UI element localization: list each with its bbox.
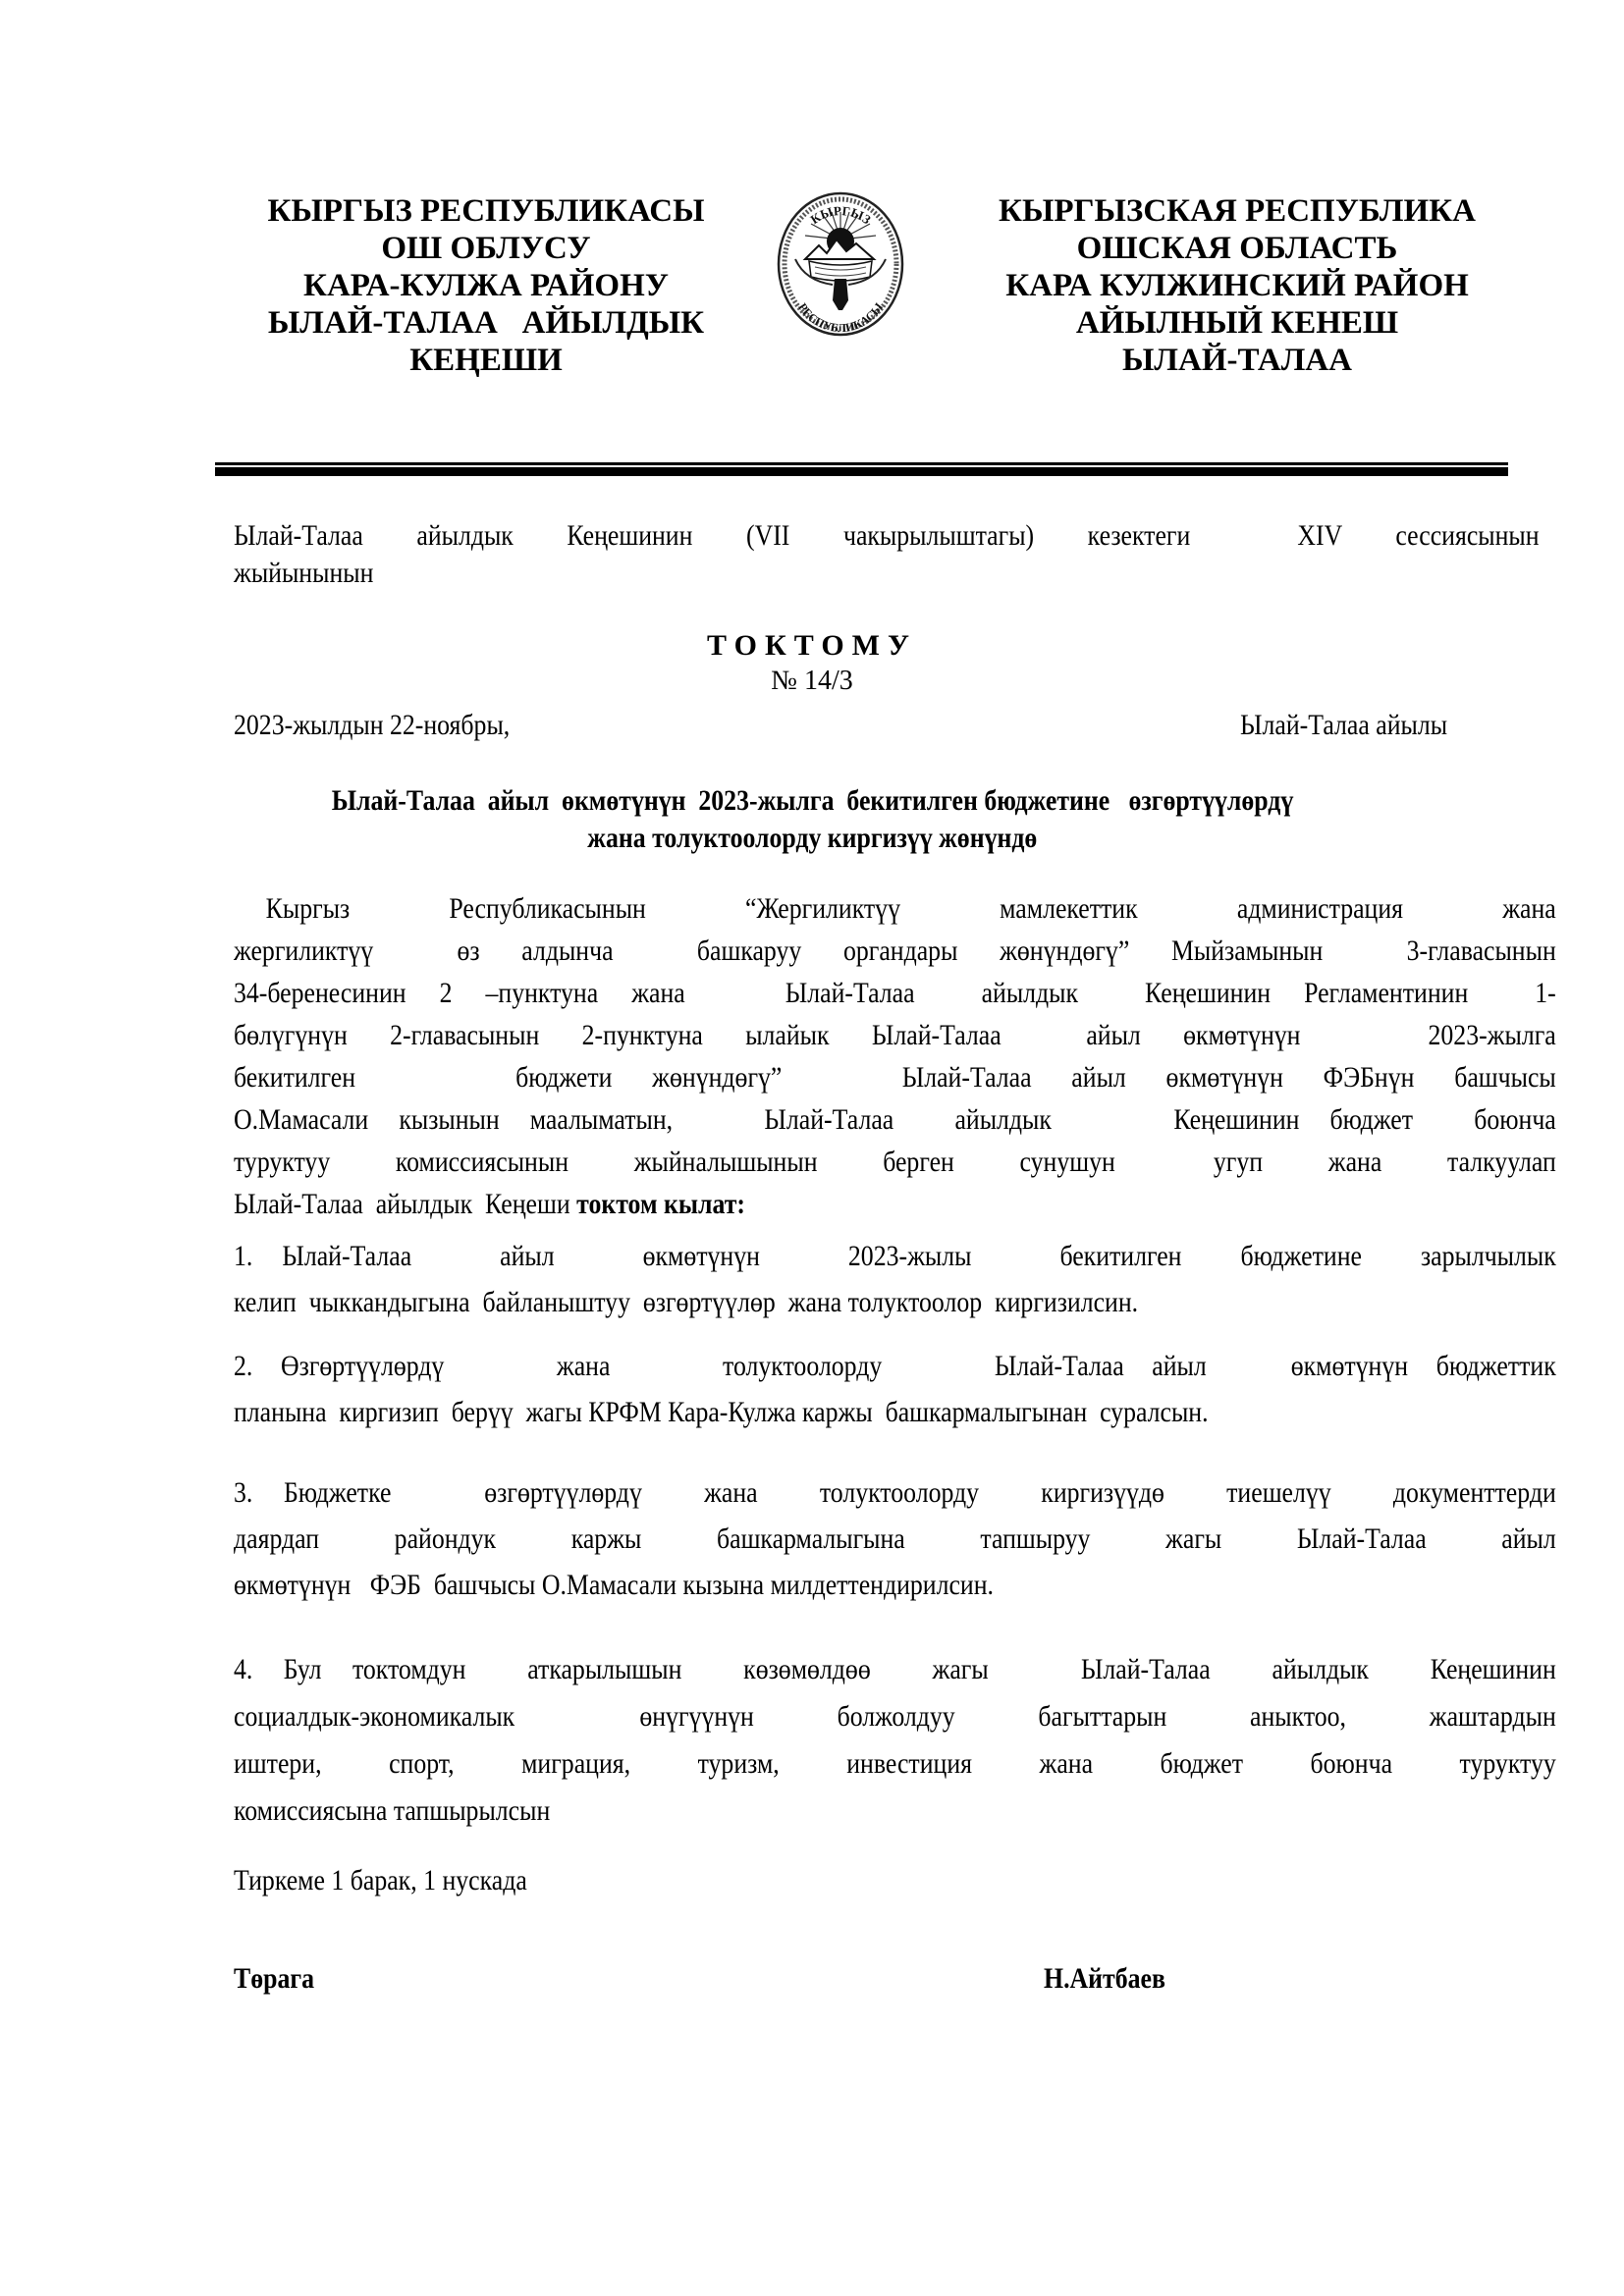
header-divider-thin xyxy=(215,462,1508,465)
item-line: иштери, спорт, миграция, туризм, инвести… xyxy=(234,1740,1556,1788)
item-line: 1. Ылай-Талаа айыл өкмөтүнүн 2023-жылы б… xyxy=(234,1233,1556,1279)
header-line: КАРА КУЛЖИНСКИЙ РАЙОН xyxy=(943,267,1532,304)
preamble-line: О.Мамасали кызынын маалыматын, Ылай-Тала… xyxy=(234,1098,1556,1141)
header-line: ОШ ОБЛУСУ xyxy=(226,230,746,267)
preamble-line: бекитилген бюджети жөнүндөгү” Ылай-Талаа… xyxy=(234,1056,1556,1098)
session-line: Ылай-Талаа айылдык Кеңешинин (VII чакыры… xyxy=(234,517,1540,555)
header-line: ЫЛАЙ-ТАЛАА АЙЫЛДЫК xyxy=(226,304,746,342)
resolution-item-1: 1. Ылай-Талаа айыл өкмөтүнүн 2023-жылы б… xyxy=(234,1233,1556,1325)
preamble-text: Ылай-Талаа айылдык Кеңеши xyxy=(234,1188,576,1220)
resolution-item-4: 4. Бул токтомдун аткарылышын көзөмөлдөө … xyxy=(234,1646,1556,1835)
document-subject: Ылай-Талаа айыл өкмөтүнүн 2023-жылга бек… xyxy=(0,782,1624,857)
state-emblem-icon: КЫРГЫЗ РЕСПУБЛИКАСЫ xyxy=(776,190,905,338)
item-line: социалдык-экономикалык өнүгүүнүн болжолд… xyxy=(234,1693,1556,1740)
item-line: даярдап райондук каржы башкармалыгына та… xyxy=(234,1516,1556,1562)
item-line: 2. Өзгөртүүлөрдү жана толуктоолорду Ылай… xyxy=(234,1343,1556,1389)
subject-line: Ылай-Талаа айыл өкмөтүнүн 2023-жылга бек… xyxy=(331,782,1293,820)
header-russian: КЫРГЫЗСКАЯ РЕСПУБЛИКА ОШСКАЯ ОБЛАСТЬ КАР… xyxy=(943,192,1532,379)
preamble-last-line: Ылай-Талаа айылдык Кеңеши токтом кылат: xyxy=(234,1183,1556,1225)
item-line: комиссиясына тапшырылсын xyxy=(234,1788,1556,1835)
item-line: өкмөтүнүн ФЭБ башчысы О.Мамасали кызына … xyxy=(234,1562,1556,1608)
item-line: 4. Бул токтомдун аткарылышын көзөмөлдөө … xyxy=(234,1646,1556,1693)
item-line: 3. Бюджетке өзгөртүүлөрдү жана толуктоол… xyxy=(234,1469,1556,1516)
preamble-line: жергиликтүү өз алдынча башкаруу органдар… xyxy=(234,930,1556,972)
resolution-item-2: 2. Өзгөртүүлөрдү жана толуктоолорду Ылай… xyxy=(234,1343,1556,1435)
header-line: КЫРГЫЗ РЕСПУБЛИКАСЫ xyxy=(226,192,746,230)
subject-line: жана толуктоолорду киргизүү жөнүндө xyxy=(587,820,1037,857)
attachment-text: Тиркеме 1 барак, 1 нускада xyxy=(234,1859,1556,1901)
session-statement: Ылай-Талаа айылдык Кеңешинин (VII чакыры… xyxy=(234,517,1540,592)
header-line: КАРА-КУЛЖА РАЙОНУ xyxy=(226,267,746,304)
header-line: КЫРГЫЗСКАЯ РЕСПУБЛИКА xyxy=(943,192,1532,230)
resolution-title: ТОКТОМУ № 14/3 xyxy=(0,628,1624,699)
header-line: ЫЛАЙ-ТАЛАА xyxy=(943,342,1532,379)
document-number: № 14/3 xyxy=(0,664,1624,699)
item-line: планына киргизип берүү жагы КРФМ Кара-Ку… xyxy=(234,1389,1556,1435)
document-date: 2023-жылдын 22-ноябры, xyxy=(234,709,510,742)
header-line: КЕҢЕШИ xyxy=(226,342,746,379)
signatory-role: Төрага xyxy=(234,1962,314,1996)
document-heading: ТОКТОМУ xyxy=(0,628,1624,664)
preamble-line: 34-беренесинин 2 –пунктуна жана Ылай-Тал… xyxy=(234,972,1556,1014)
resolves-keyword: токтом кылат: xyxy=(576,1188,745,1220)
preamble-line: Кыргыз Республикасынын “Жергиликтүү мамл… xyxy=(234,887,1556,930)
resolution-item-3: 3. Бюджетке өзгөртүүлөрдү жана толуктоол… xyxy=(234,1469,1556,1608)
session-line: жыйынынын xyxy=(234,555,1540,592)
header-line: АЙЫЛНЫЙ КЕНЕШ xyxy=(943,304,1532,342)
attachment-note: Тиркеме 1 барак, 1 нускада xyxy=(234,1859,1556,1901)
header-line: ОШСКАЯ ОБЛАСТЬ xyxy=(943,230,1532,267)
preamble-line: туруктуу комиссиясынын жыйналышынын берг… xyxy=(234,1141,1556,1183)
document-place: Ылай-Талаа айылы xyxy=(1240,709,1447,742)
signatory-name: Н.Айтбаев xyxy=(1044,1962,1165,1996)
header-divider-thick xyxy=(215,467,1508,476)
preamble-line: бөлүгүнүн 2-главасынын 2-пунктуна ылайык… xyxy=(234,1014,1556,1056)
item-line: келип чыккандыгына байланыштуу өзгөртүүл… xyxy=(234,1279,1556,1325)
header-kyrgyz: КЫРГЫЗ РЕСПУБЛИКАСЫ ОШ ОБЛУСУ КАРА-КУЛЖА… xyxy=(226,192,746,379)
preamble-paragraph: Кыргыз Республикасынын “Жергиликтүү мамл… xyxy=(234,887,1556,1225)
